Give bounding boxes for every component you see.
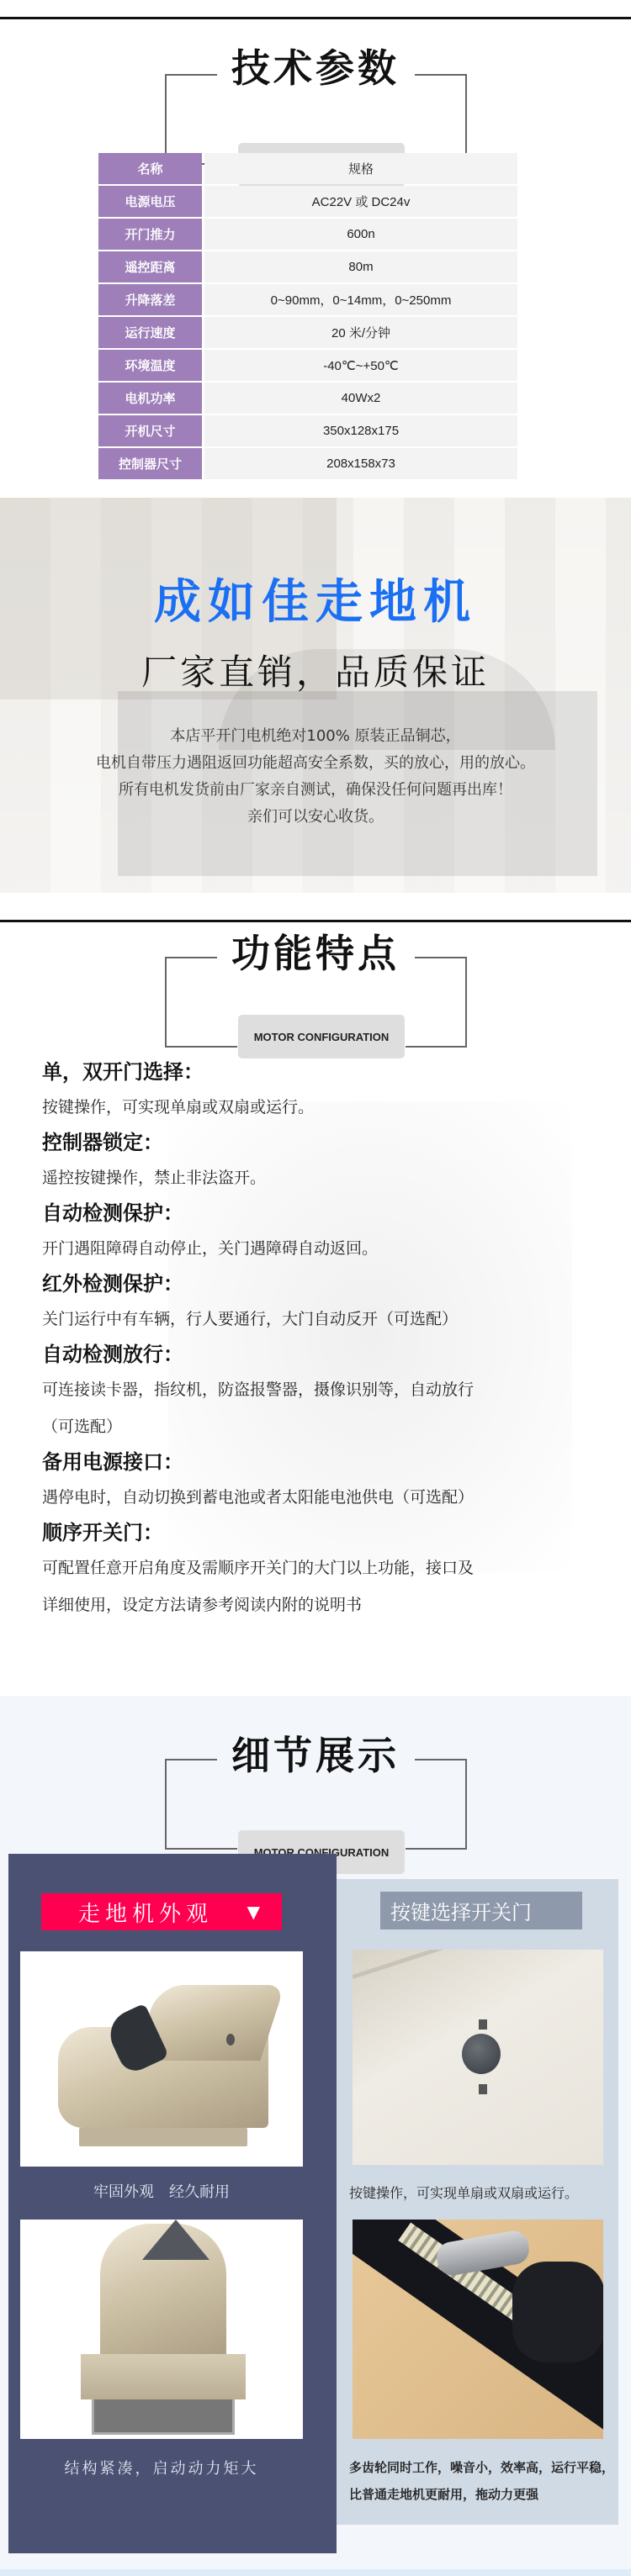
feature-item: 红外检测保护： 关门运行中有车辆，行人要通行，大门自动反开（可选配） bbox=[42, 1267, 597, 1338]
header-cell-name: 名称 bbox=[98, 153, 202, 184]
feature-heading: 自动检测放行： bbox=[42, 1338, 597, 1371]
feature-heading: 顺序开关门： bbox=[42, 1516, 597, 1549]
table-row: 升降落差0~90mm，0~14mm，0~250mm bbox=[98, 284, 517, 315]
feature-text: 可配置任意开启角度及需顺序开关门的大门以上功能，接口及 bbox=[42, 1549, 597, 1586]
detail-section-header: 细节展示 MOTOR CONFIGURATION bbox=[0, 1715, 631, 1833]
feature-item: 顺序开关门： 可配置任意开启角度及需顺序开关门的大门以上功能，接口及 详细使用，… bbox=[42, 1516, 597, 1623]
table-row: 开机尺寸350x128x175 bbox=[98, 415, 517, 446]
feature-text: 关门运行中有车辆，行人要通行，大门自动反开（可选配） bbox=[42, 1301, 597, 1338]
brand-description: 本店平开门电机绝对100% 原装正品铜芯， 电机自带压力遇阻返回功能超高安全系数… bbox=[0, 723, 631, 831]
row-value: AC22V 或 DC24v bbox=[204, 186, 517, 217]
spec-section-header: 技术参数 MOTOR CONFIGURATION bbox=[0, 42, 631, 160]
feature-heading: 备用电源接口： bbox=[42, 1445, 597, 1479]
feature-item: 备用电源接口： 遇停电时，自动切换到蓄电池或者太阳能电池供电（可选配） bbox=[42, 1445, 597, 1516]
appearance-tag: 走地机外观 ▼ bbox=[41, 1893, 282, 1930]
feature-text: 详细使用，设定方法请参考阅读内附的说明书 bbox=[42, 1586, 597, 1623]
table-row: 运行速度20 米/分钟 bbox=[98, 317, 517, 348]
table-row: 遥控距离80m bbox=[98, 251, 517, 282]
feature-text: 遥控按键操作，禁止非法盗开。 bbox=[42, 1159, 597, 1196]
row-key: 开机尺寸 bbox=[98, 415, 202, 446]
row-value: 80m bbox=[204, 251, 517, 282]
row-key: 电源电压 bbox=[98, 186, 202, 217]
feature-heading: 红外检测保护： bbox=[42, 1267, 597, 1301]
feature-heading: 单，双开门选择： bbox=[42, 1055, 597, 1089]
description-line: 亲们可以安心收货。 bbox=[0, 804, 631, 831]
row-value: 350x128x175 bbox=[204, 415, 517, 446]
triangle-down-icon: ▼ bbox=[247, 1902, 265, 1922]
feature-text: 开门遇阻障碍自动停止，关门遇障碍自动返回。 bbox=[42, 1230, 597, 1267]
button-tag: 按键选择开关门 bbox=[380, 1892, 582, 1929]
row-value: 208x158x73 bbox=[204, 448, 517, 479]
feature-text: 可连接读卡器，指纹机，防盗报警器，摄像识别等，自动放行 bbox=[42, 1371, 597, 1408]
gear-closeup-photo bbox=[353, 2220, 603, 2439]
feature-list: 单，双开门选择： 按键操作，可实现单扇或双扇或运行。 控制器锁定： 遥控按键操作… bbox=[42, 1055, 597, 1623]
appearance-caption: 牢固外观 经久耐用 bbox=[20, 2180, 303, 2202]
table-header-row: 名称 规格 bbox=[98, 153, 517, 184]
table-row: 开门推力600n bbox=[98, 219, 517, 250]
description-line: 本店平开门电机绝对100% 原装正品铜芯， bbox=[0, 723, 631, 750]
row-value: 40Wx2 bbox=[204, 383, 517, 414]
table-row: 控制器尺寸208x158x73 bbox=[98, 448, 517, 479]
row-key: 升降落差 bbox=[98, 284, 202, 315]
row-key: 电机功率 bbox=[98, 383, 202, 414]
row-key: 开门推力 bbox=[98, 219, 202, 250]
gear-caption: 多齿轮同时工作，噪音小，效率高，运行平稳，比普通走地机更耐用，拖动力更强 bbox=[349, 2454, 617, 2508]
structure-caption: 结构紧凑，启动动力矩大 bbox=[20, 2457, 303, 2478]
description-line: 所有电机发货前由厂家亲自测试，确保没任何问题再出库！ bbox=[0, 777, 631, 804]
table-row: 环境温度-40℃~+50℃ bbox=[98, 350, 517, 381]
motor-front-photo bbox=[20, 2220, 303, 2439]
section-title: 功能特点 bbox=[0, 923, 631, 979]
row-value: 0~90mm，0~14mm，0~250mm bbox=[204, 284, 517, 315]
feature-item: 自动检测放行： 可连接读卡器，指纹机，防盗报警器，摄像识别等，自动放行 （可选配… bbox=[42, 1338, 597, 1445]
motor-side-photo bbox=[20, 1951, 303, 2167]
features-section-header: 功能特点 MOTOR CONFIGURATION bbox=[0, 925, 631, 1043]
feature-item: 自动检测保护： 开门遇阻障碍自动停止，关门遇障碍自动返回。 bbox=[42, 1196, 597, 1267]
row-key: 运行速度 bbox=[98, 317, 202, 348]
feature-text: 遇停电时，自动切换到蓄电池或者太阳能电池供电（可选配） bbox=[42, 1479, 597, 1516]
row-value: 20 米/分钟 bbox=[204, 317, 517, 348]
spec-table: 名称 规格 电源电压AC22V 或 DC24v 开门推力600n 遥控距离80m… bbox=[98, 153, 517, 481]
footer-band bbox=[0, 2569, 631, 2576]
divider bbox=[0, 920, 631, 922]
row-value: 600n bbox=[204, 219, 517, 250]
tag-label: 走地机外观 bbox=[78, 1897, 213, 1928]
feature-item: 控制器锁定： 遥控按键操作，禁止非法盗开。 bbox=[42, 1126, 597, 1196]
button-caption: 按键操作，可实现单扇或双扇或运行。 bbox=[349, 2183, 627, 2202]
feature-text: （可选配） bbox=[42, 1408, 597, 1445]
row-key: 控制器尺寸 bbox=[98, 448, 202, 479]
section-subtitle-pill: MOTOR CONFIGURATION bbox=[238, 1015, 405, 1058]
button-closeup-photo bbox=[353, 1950, 603, 2165]
description-line: 电机自带压力遇阻返回功能超高安全系数，买的放心，用的放心。 bbox=[0, 750, 631, 777]
feature-text: 按键操作，可实现单扇或双扇或运行。 bbox=[42, 1089, 597, 1126]
brand-name: 成如佳走地机 bbox=[0, 565, 631, 632]
divider bbox=[0, 17, 631, 19]
section-title: 细节展示 bbox=[0, 1725, 631, 1781]
row-key: 遥控距离 bbox=[98, 251, 202, 282]
section-title: 技术参数 bbox=[0, 38, 631, 93]
product-detail-page: 技术参数 MOTOR CONFIGURATION 名称 规格 电源电压AC22V… bbox=[0, 0, 631, 2576]
feature-heading: 控制器锁定： bbox=[42, 1126, 597, 1159]
header-cell-spec: 规格 bbox=[204, 153, 517, 184]
feature-heading: 自动检测保护： bbox=[42, 1196, 597, 1230]
row-key: 环境温度 bbox=[98, 350, 202, 381]
brand-slogan: 厂家直销，品质保证 bbox=[0, 645, 631, 695]
feature-item: 单，双开门选择： 按键操作，可实现单扇或双扇或运行。 bbox=[42, 1055, 597, 1126]
table-row: 电源电压AC22V 或 DC24v bbox=[98, 186, 517, 217]
row-value: -40℃~+50℃ bbox=[204, 350, 517, 381]
brand-banner: 成如佳走地机 厂家直销，品质保证 本店平开门电机绝对100% 原装正品铜芯， 电… bbox=[0, 498, 631, 893]
table-row: 电机功率40Wx2 bbox=[98, 383, 517, 414]
